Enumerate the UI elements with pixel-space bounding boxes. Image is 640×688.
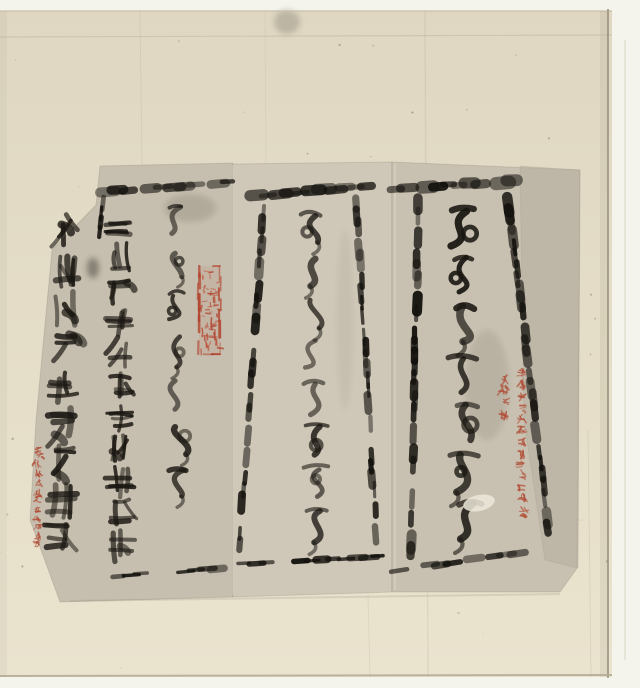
collector-seal: [198, 266, 224, 355]
manuscript-scan: [0, 0, 640, 688]
manuscript-figure: [0, 0, 640, 688]
manuscript-scan-stage: [0, 0, 640, 688]
vermilion-collector-seal: [198, 266, 224, 355]
